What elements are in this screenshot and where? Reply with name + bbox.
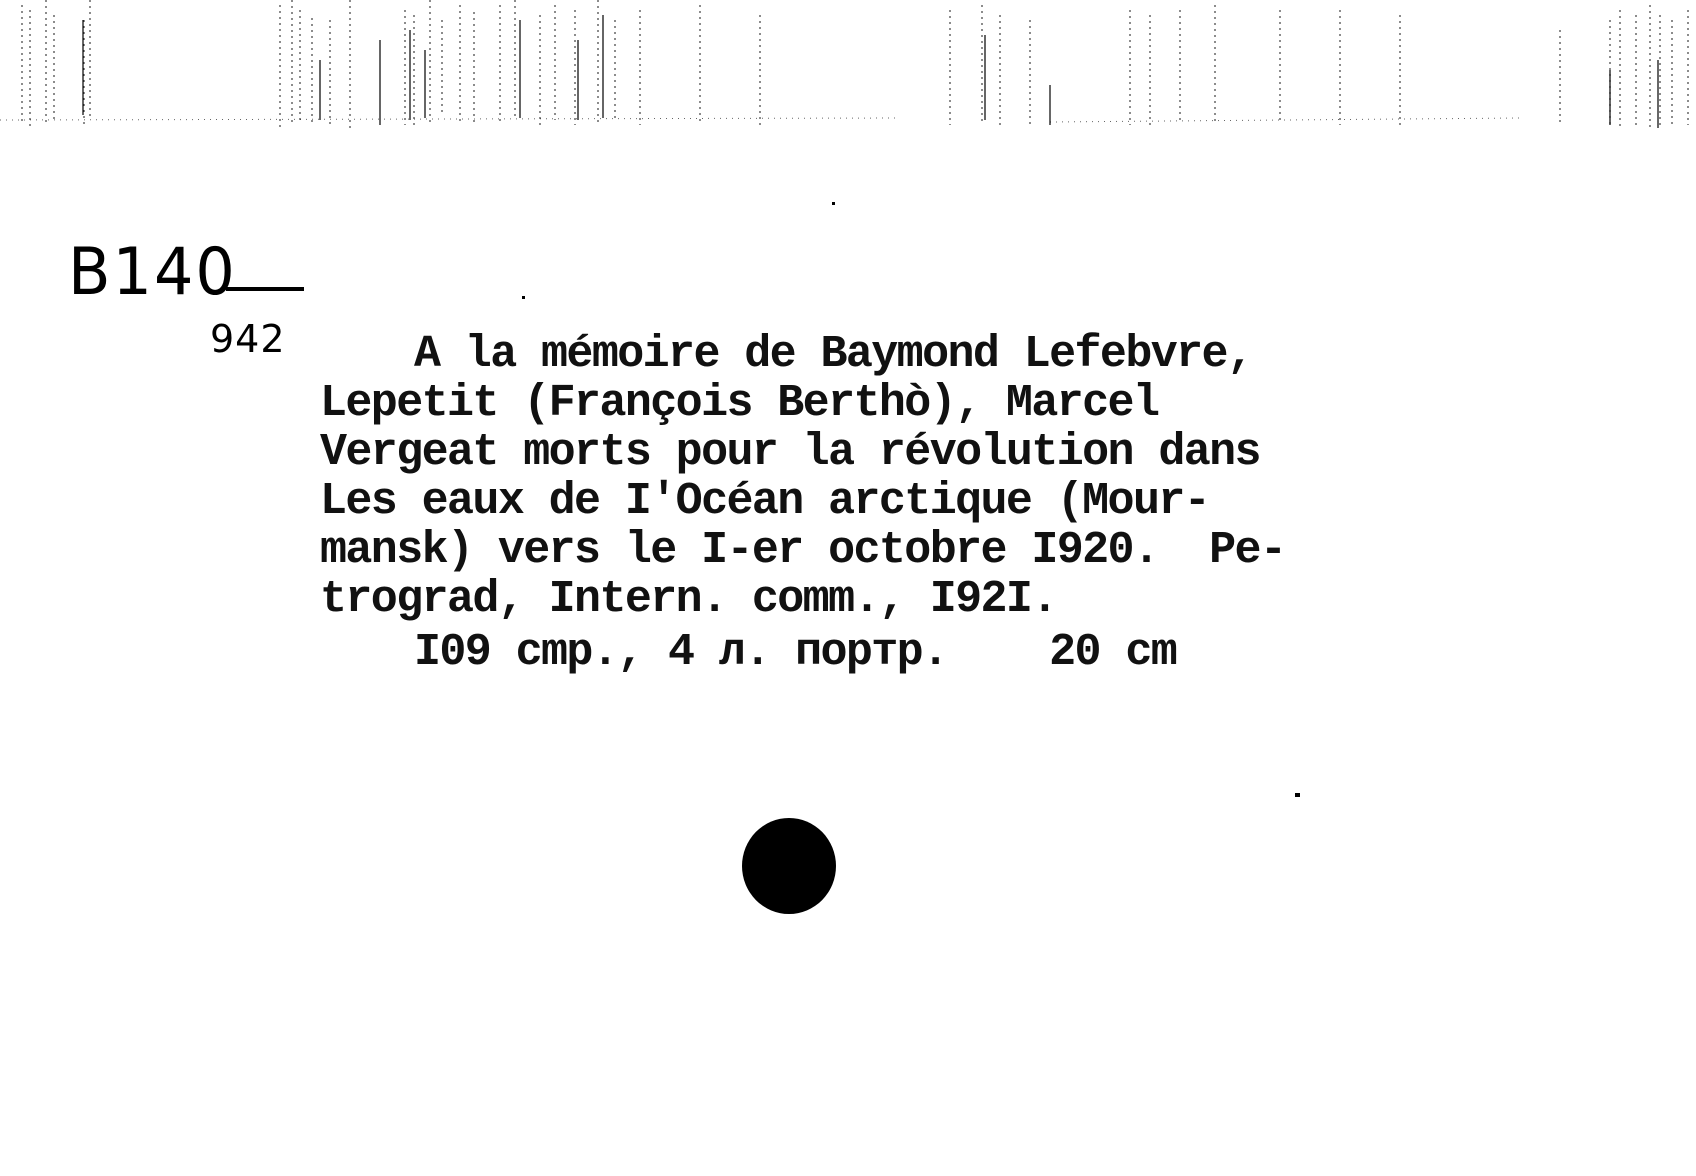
scan-speck (1295, 793, 1300, 797)
scan-speck (832, 202, 835, 205)
entry-line: mansk) vers le I-er octobre I920. Pe- (320, 526, 1520, 575)
call-number-divider (226, 287, 304, 291)
bibliographic-entry: A la mémoire de Baymond Lefebvre, Lepeti… (320, 330, 1520, 677)
catalog-card: B140 942 A la mémoire de Baymond Lefebvr… (0, 0, 1696, 1176)
entry-line: Lepetit (François Berthò), Marcel (320, 379, 1520, 428)
entry-line-title: A la mémoire de Baymond Lefebvre, (320, 330, 1520, 379)
call-number-main: B140 (68, 233, 237, 310)
scan-artifact-strip (0, 0, 1696, 140)
punch-hole-icon (742, 818, 836, 914)
entry-collation: I09 cmp., 4 л. портр. 20 cm (320, 628, 1520, 677)
call-number-sub: 942 (210, 317, 286, 361)
scan-speck (522, 296, 525, 299)
entry-line: Les eaux de I'Océan arctique (Mour- (320, 477, 1520, 526)
entry-line-imprint: trograd, Intern. comm., I92I. (320, 575, 1520, 624)
entry-line: Vergeat morts pour la révolution dans (320, 428, 1520, 477)
